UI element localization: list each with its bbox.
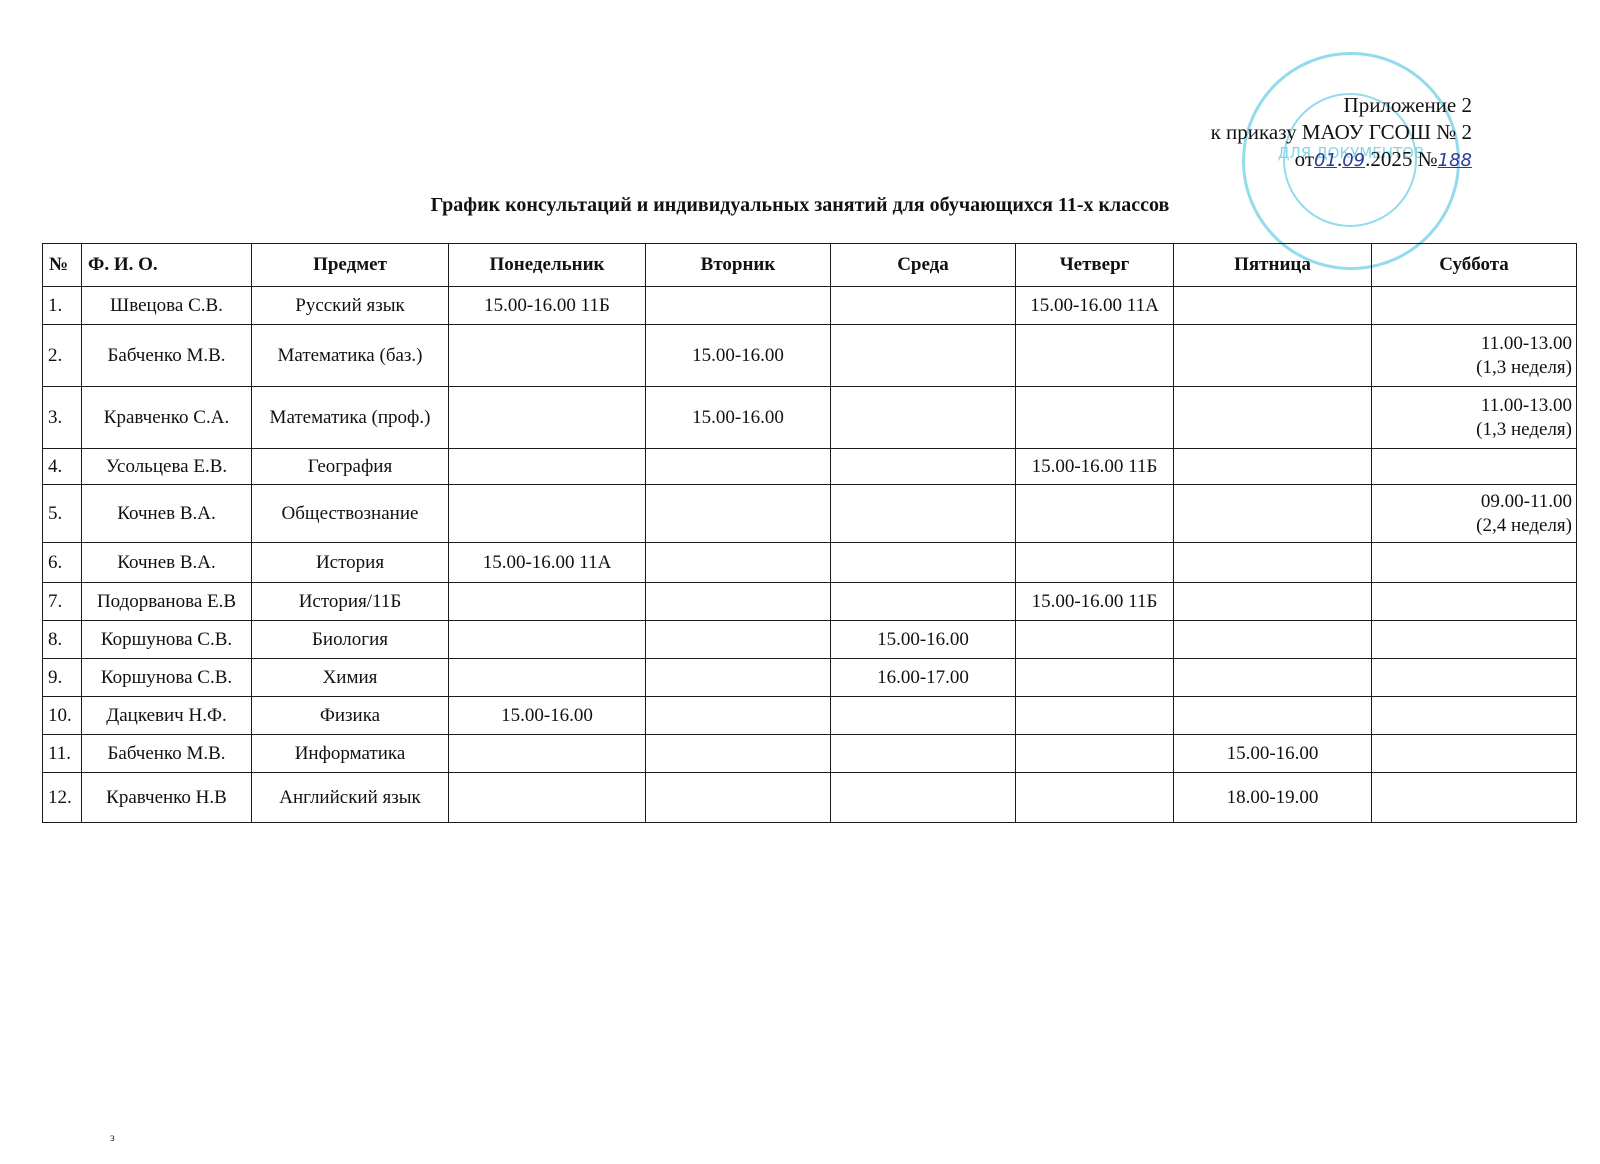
cell-monday <box>449 449 646 485</box>
cell-tuesday <box>646 659 831 697</box>
cell-fio: Коршунова С.В. <box>82 621 252 659</box>
table-row: 11.Бабченко М.В.Информатика15.00-16.00 <box>43 735 1577 773</box>
cell-num: 4. <box>43 449 82 485</box>
cell-thursday <box>1016 735 1174 773</box>
cell-friday <box>1174 659 1372 697</box>
column-header-num: № <box>43 244 82 287</box>
cell-wednesday <box>831 449 1016 485</box>
cell-tuesday: 15.00-16.00 <box>646 325 831 387</box>
cell-fio: Швецова С.В. <box>82 287 252 325</box>
cell-tuesday <box>646 543 831 583</box>
column-header-wednesday: Среда <box>831 244 1016 287</box>
cell-monday: 15.00-16.00 <box>449 697 646 735</box>
appendix-block: Приложение 2 к приказу МАОУ ГСОШ № 2 от0… <box>1211 92 1472 174</box>
table-row: 12.Кравченко Н.ВАнглийский язык18.00-19.… <box>43 773 1577 823</box>
cell-friday: 15.00-16.00 <box>1174 735 1372 773</box>
cell-wednesday <box>831 325 1016 387</box>
table-row: 4.Усольцева Е.В.География15.00-16.00 11Б <box>43 449 1577 485</box>
cell-thursday <box>1016 325 1174 387</box>
appendix-month: 09 <box>1342 150 1365 171</box>
cell-saturday: 11.00-13.00 (1,3 неделя) <box>1372 387 1577 449</box>
cell-saturday <box>1372 449 1577 485</box>
cell-wednesday: 15.00-16.00 <box>831 621 1016 659</box>
cell-subject: Информатика <box>252 735 449 773</box>
cell-tuesday <box>646 287 831 325</box>
table-row: 9.Коршунова С.В.Химия16.00-17.00 <box>43 659 1577 697</box>
footer-mark: з <box>110 1130 115 1145</box>
cell-saturday <box>1372 583 1577 621</box>
cell-subject: Английский язык <box>252 773 449 823</box>
cell-fio: Кочнев В.А. <box>82 485 252 543</box>
cell-wednesday <box>831 697 1016 735</box>
cell-monday <box>449 325 646 387</box>
cell-subject: История <box>252 543 449 583</box>
cell-friday <box>1174 325 1372 387</box>
appendix-line-2: к приказу МАОУ ГСОШ № 2 <box>1211 119 1472 146</box>
cell-tuesday: 15.00-16.00 <box>646 387 831 449</box>
cell-num: 3. <box>43 387 82 449</box>
appendix-year: .2025 № <box>1365 147 1438 171</box>
cell-saturday <box>1372 735 1577 773</box>
cell-num: 12. <box>43 773 82 823</box>
cell-wednesday <box>831 773 1016 823</box>
cell-subject: Химия <box>252 659 449 697</box>
cell-saturday <box>1372 697 1577 735</box>
cell-wednesday <box>831 287 1016 325</box>
cell-fio: Бабченко М.В. <box>82 735 252 773</box>
cell-friday <box>1174 287 1372 325</box>
cell-num: 1. <box>43 287 82 325</box>
cell-subject: Математика (проф.) <box>252 387 449 449</box>
table-row: 5.Кочнев В.А.Обществознание09.00-11.00 (… <box>43 485 1577 543</box>
cell-fio: Кравченко Н.В <box>82 773 252 823</box>
cell-wednesday <box>831 735 1016 773</box>
cell-tuesday <box>646 583 831 621</box>
cell-saturday: 09.00-11.00 (2,4 неделя) <box>1372 485 1577 543</box>
cell-num: 6. <box>43 543 82 583</box>
cell-friday: 18.00-19.00 <box>1174 773 1372 823</box>
cell-friday <box>1174 387 1372 449</box>
cell-saturday <box>1372 543 1577 583</box>
cell-thursday: 15.00-16.00 11А <box>1016 287 1174 325</box>
cell-friday <box>1174 697 1372 735</box>
cell-num: 2. <box>43 325 82 387</box>
cell-thursday <box>1016 773 1174 823</box>
cell-tuesday <box>646 485 831 543</box>
cell-thursday <box>1016 485 1174 543</box>
appendix-day: 01 <box>1314 150 1337 171</box>
cell-tuesday <box>646 735 831 773</box>
table-row: 2.Бабченко М.В.Математика (баз.)15.00-16… <box>43 325 1577 387</box>
cell-subject: Биология <box>252 621 449 659</box>
table-row: 1.Швецова С.В.Русский язык15.00-16.00 11… <box>43 287 1577 325</box>
cell-fio: Усольцева Е.В. <box>82 449 252 485</box>
schedule-table: №Ф. И. О.ПредметПонедельникВторникСредаЧ… <box>42 243 1577 823</box>
appendix-line-1: Приложение 2 <box>1211 92 1472 119</box>
cell-thursday <box>1016 659 1174 697</box>
table-row: 6.Кочнев В.А.История15.00-16.00 11А <box>43 543 1577 583</box>
cell-friday <box>1174 583 1372 621</box>
cell-fio: Дацкевич Н.Ф. <box>82 697 252 735</box>
cell-wednesday <box>831 543 1016 583</box>
column-header-friday: Пятница <box>1174 244 1372 287</box>
cell-friday <box>1174 543 1372 583</box>
cell-fio: Подорванова Е.В <box>82 583 252 621</box>
cell-saturday <box>1372 773 1577 823</box>
cell-num: 5. <box>43 485 82 543</box>
cell-fio: Коршунова С.В. <box>82 659 252 697</box>
appendix-prefix: от <box>1295 147 1314 171</box>
table-row: 10.Дацкевич Н.Ф.Физика15.00-16.00 <box>43 697 1577 735</box>
cell-tuesday <box>646 773 831 823</box>
cell-subject: Физика <box>252 697 449 735</box>
cell-monday <box>449 485 646 543</box>
cell-subject: История/11Б <box>252 583 449 621</box>
cell-monday <box>449 773 646 823</box>
cell-saturday <box>1372 621 1577 659</box>
cell-saturday <box>1372 659 1577 697</box>
cell-thursday: 15.00-16.00 11Б <box>1016 449 1174 485</box>
cell-wednesday <box>831 583 1016 621</box>
cell-num: 8. <box>43 621 82 659</box>
cell-friday <box>1174 621 1372 659</box>
cell-subject: Математика (баз.) <box>252 325 449 387</box>
cell-fio: Бабченко М.В. <box>82 325 252 387</box>
cell-saturday <box>1372 287 1577 325</box>
cell-saturday: 11.00-13.00 (1,3 неделя) <box>1372 325 1577 387</box>
cell-monday <box>449 583 646 621</box>
cell-num: 10. <box>43 697 82 735</box>
cell-friday <box>1174 449 1372 485</box>
cell-monday <box>449 387 646 449</box>
cell-wednesday <box>831 387 1016 449</box>
cell-fio: Кочнев В.А. <box>82 543 252 583</box>
cell-thursday <box>1016 543 1174 583</box>
cell-monday: 15.00-16.00 11Б <box>449 287 646 325</box>
cell-monday: 15.00-16.00 11А <box>449 543 646 583</box>
cell-wednesday: 16.00-17.00 <box>831 659 1016 697</box>
cell-num: 7. <box>43 583 82 621</box>
column-header-thursday: Четверг <box>1016 244 1174 287</box>
cell-wednesday <box>831 485 1016 543</box>
cell-subject: География <box>252 449 449 485</box>
cell-monday <box>449 659 646 697</box>
cell-tuesday <box>646 621 831 659</box>
table-row: 7.Подорванова Е.ВИстория/11Б15.00-16.00 … <box>43 583 1577 621</box>
column-header-tuesday: Вторник <box>646 244 831 287</box>
cell-thursday <box>1016 387 1174 449</box>
table-header-row: №Ф. И. О.ПредметПонедельникВторникСредаЧ… <box>43 244 1577 287</box>
cell-thursday <box>1016 621 1174 659</box>
cell-thursday: 15.00-16.00 11Б <box>1016 583 1174 621</box>
cell-subject: Русский язык <box>252 287 449 325</box>
cell-subject: Обществознание <box>252 485 449 543</box>
cell-num: 9. <box>43 659 82 697</box>
appendix-number: 188 <box>1438 150 1472 171</box>
table-row: 8.Коршунова С.В.Биология15.00-16.00 <box>43 621 1577 659</box>
cell-friday <box>1174 485 1372 543</box>
cell-monday <box>449 735 646 773</box>
appendix-line-3: от01.09.2025 №188 <box>1211 146 1472 174</box>
cell-tuesday <box>646 697 831 735</box>
column-header-fio: Ф. И. О. <box>82 244 252 287</box>
cell-thursday <box>1016 697 1174 735</box>
cell-tuesday <box>646 449 831 485</box>
document-title: График консультаций и индивидуальных зан… <box>0 194 1600 217</box>
cell-monday <box>449 621 646 659</box>
table-body: 1.Швецова С.В.Русский язык15.00-16.00 11… <box>43 287 1577 823</box>
column-header-subject: Предмет <box>252 244 449 287</box>
cell-num: 11. <box>43 735 82 773</box>
cell-fio: Кравченко С.А. <box>82 387 252 449</box>
table-row: 3.Кравченко С.А.Математика (проф.)15.00-… <box>43 387 1577 449</box>
column-header-saturday: Суббота <box>1372 244 1577 287</box>
column-header-monday: Понедельник <box>449 244 646 287</box>
